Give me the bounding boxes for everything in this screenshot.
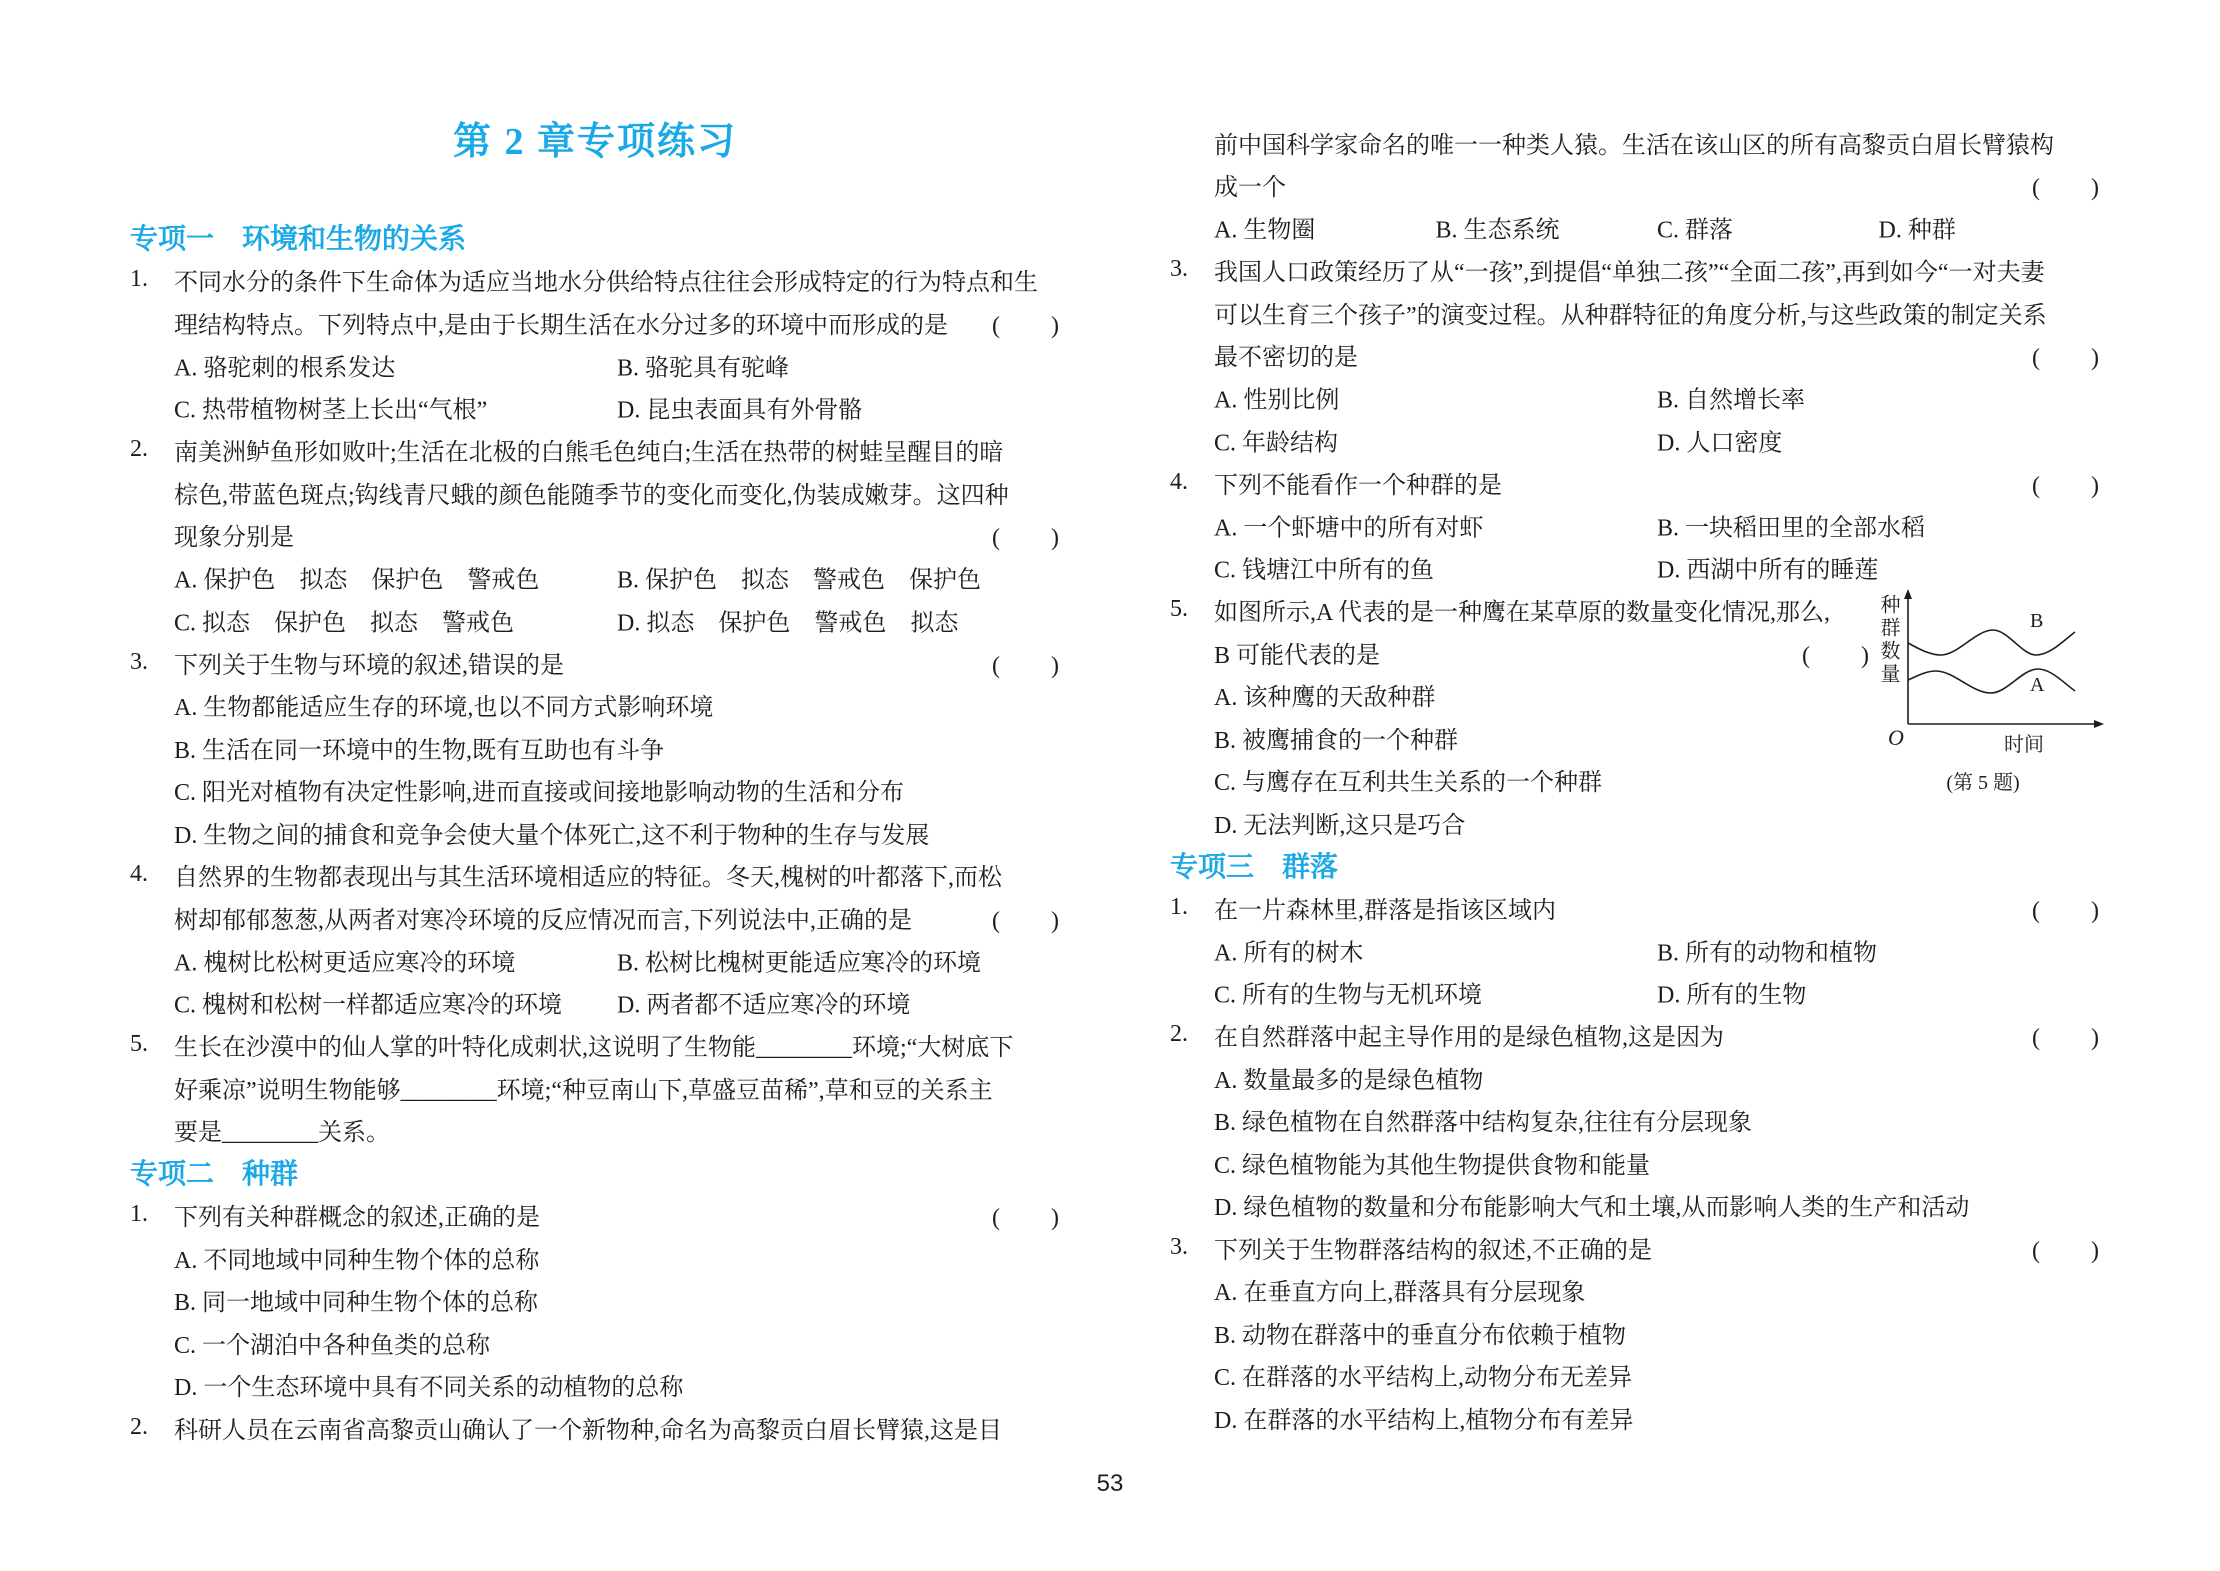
option-item: D. 种群	[1879, 210, 1956, 245]
question-line: 成一个( )	[1170, 164, 2100, 207]
options-row: C. 拟态 保护色 拟态 警戒色D. 拟态 保护色 警戒色 拟态	[174, 599, 1060, 642]
option-line: D. 在群落的水平结构上,植物分布有差异	[1170, 1396, 2100, 1439]
option-line: D. 一个生态环境中具有不同关系的动植物的总称	[130, 1364, 1060, 1407]
option-item: B. 骆驼具有驼峰	[617, 347, 789, 382]
answer-brackets: ( )	[992, 517, 1060, 552]
answer-brackets: ( )	[2032, 1017, 2100, 1052]
option-line: A. 槐树比松树更适应寒冷的环境B. 松树比槐树更能适应寒冷的环境	[130, 939, 1060, 982]
option-line: D. 绿色植物的数量和分布能影响大气和土壤,从而影响人类的生产和活动	[1170, 1184, 2100, 1227]
options-row: A. 保护色 拟态 保护色 警戒色B. 保护色 拟态 警戒色 保护色	[174, 556, 1060, 599]
options-row: A. 生物圈B. 生态系统C. 群落D. 种群	[1214, 206, 2100, 249]
question-number: 5.	[130, 1031, 174, 1058]
question-text: 棕色,带蓝色斑点;钩线青尺蛾的颜色能随季节的变化而变化,伪装成嫩芽。这四种	[174, 475, 1009, 510]
option-item: B. 自然增长率	[1657, 380, 1805, 415]
question-number: 4.	[130, 861, 174, 888]
question-line: 3.下列关于生物与环境的叙述,错误的是( )	[130, 641, 1060, 684]
option-line: D. 无法判断,这只是巧合	[1170, 801, 2100, 844]
option-line: C. 一个湖泊中各种鱼类的总称	[130, 1321, 1060, 1364]
section-heading: 专项三 群落	[1170, 844, 2100, 887]
option-line: B. 生活在同一环境中的生物,既有互助也有斗争	[130, 726, 1060, 769]
chapter-title: 第 2 章专项练习	[130, 110, 1060, 165]
question-number: 2.	[130, 436, 174, 463]
question-line: 1.下列有关种群概念的叙述,正确的是( )	[130, 1194, 1060, 1237]
option-item: C. 在群落的水平结构上,动物分布无差异	[1214, 1357, 1632, 1392]
question-number: 3.	[1170, 256, 1214, 283]
option-item: C. 年龄结构	[1214, 422, 1338, 457]
answer-brackets: ( )	[992, 900, 1060, 935]
option-item: D. 西湖中所有的睡莲	[1657, 550, 1878, 585]
option-line: A. 数量最多的是绿色植物	[1170, 1056, 2100, 1099]
option-item: C. 阳光对植物有决定性影响,进而直接或间接地影响动物的生活和分布	[174, 772, 904, 807]
option-item: A. 该种鹰的天敌种群	[1214, 677, 1435, 712]
question-text: 下列关于生物群落结构的叙述,不正确的是	[1214, 1230, 1652, 1265]
option-line: C. 钱塘江中所有的鱼D. 西湖中所有的睡莲	[1170, 546, 2100, 589]
options-row: A. 所有的树木B. 所有的动物和植物	[1214, 929, 2100, 972]
question-number: 3.	[1170, 1234, 1214, 1261]
options-row: C. 年龄结构D. 人口密度	[1214, 419, 2100, 462]
question-text: 树却郁郁葱葱,从两者对寒冷环境的反应情况而言,下列说法中,正确的是	[174, 900, 912, 935]
option-item: B. 同一地域中同种生物个体的总称	[174, 1282, 538, 1317]
question-line: 最不密切的是( )	[1170, 334, 2100, 377]
option-line: A. 一个虾塘中的所有对虾B. 一块稻田里的全部水稻	[1170, 504, 2100, 547]
question-line: 棕色,带蓝色斑点;钩线青尺蛾的颜色能随季节的变化而变化,伪装成嫩芽。这四种	[130, 471, 1060, 514]
option-item: C. 槐树和松树一样都适应寒冷的环境	[174, 985, 562, 1020]
y-axis-arrow-icon	[1904, 589, 1912, 599]
option-item: B. 一块稻田里的全部水稻	[1657, 507, 1925, 542]
question-text: 最不密切的是	[1214, 337, 1358, 372]
question-text: 如图所示,A 代表的是一种鹰在某草原的数量变化情况,那么,	[1214, 592, 1830, 627]
option-line: B. 被鹰捕食的一个种群	[1170, 716, 2100, 759]
option-line: A. 性别比例B. 自然增长率	[1170, 376, 2100, 419]
answer-brackets: ( )	[2032, 167, 2100, 202]
question-line: 2.南美洲鲈鱼形如败叶;生活在北极的白熊毛色纯白;生活在热带的树蛙呈醒目的暗	[130, 429, 1060, 472]
option-item: B. 动物在群落中的垂直分布依赖于植物	[1214, 1315, 1626, 1350]
question-number: 4.	[1170, 469, 1214, 496]
option-item: D. 无法判断,这只是巧合	[1214, 805, 1465, 840]
question-line: 5.如图所示,A 代表的是一种鹰在某草原的数量变化情况,那么,	[1170, 589, 1870, 632]
option-item: D. 昆虫表面具有外骨骼	[617, 390, 862, 425]
question-text: 理结构特点。下列特点中,是由于长期生活在水分过多的环境中而形成的是	[174, 305, 948, 340]
option-item: D. 两者都不适应寒冷的环境	[617, 985, 910, 1020]
question-line: 3.我国人口政策经历了从“一孩”,到提倡“单独二孩”“全面二孩”,再到如今“一对…	[1170, 249, 2100, 292]
options-row: A. 骆驼刺的根系发达B. 骆驼具有驼峰	[174, 344, 1060, 387]
option-line: C. 在群落的水平结构上,动物分布无差异	[1170, 1354, 2100, 1397]
option-item: A. 所有的树木	[1214, 932, 1363, 967]
question-line: 3.下列关于生物群落结构的叙述,不正确的是( )	[1170, 1226, 2100, 1269]
answer-brackets: ( )	[992, 645, 1060, 680]
options-row: C. 所有的生物与无机环境D. 所有的生物	[1214, 971, 2100, 1014]
option-line: A. 生物圈B. 生态系统C. 群落D. 种群	[1170, 206, 2100, 249]
figure-y-axis-label: 种群数量	[1874, 594, 1903, 686]
question-text: 科研人员在云南省高黎贡山确认了一个新物种,命名为高黎贡白眉长臂猿,这是目	[174, 1410, 1002, 1445]
question-text: 现象分别是	[174, 517, 294, 552]
question-text: 自然界的生物都表现出与其生活环境相适应的特征。冬天,槐树的叶都落下,而松	[174, 857, 1002, 892]
question-line: 好乘凉”说明生物能够________环境;“种豆南山下,草盛豆苗稀”,草和豆的关…	[130, 1066, 1060, 1109]
answer-brackets: ( )	[2032, 337, 2100, 372]
question-number: 2.	[1170, 1021, 1214, 1048]
option-line: A. 骆驼刺的根系发达B. 骆驼具有驼峰	[130, 344, 1060, 387]
page-number: 53	[0, 1470, 2220, 1498]
figure-curve-b-label: B	[2030, 610, 2043, 633]
option-item: D. 在群落的水平结构上,植物分布有差异	[1214, 1400, 1633, 1435]
option-line: C. 绿色植物能为其他生物提供食物和能量	[1170, 1141, 2100, 1184]
question-number: 5.	[1170, 596, 1214, 623]
question-text: B 可能代表的是	[1214, 635, 1380, 670]
question-text: 下列有关种群概念的叙述,正确的是	[174, 1197, 540, 1232]
option-line: C. 拟态 保护色 拟态 警戒色D. 拟态 保护色 警戒色 拟态	[130, 599, 1060, 642]
answer-brackets: ( )	[1802, 635, 1870, 670]
option-item: C. 一个湖泊中各种鱼类的总称	[174, 1325, 490, 1360]
option-item: B. 松树比槐树更能适应寒冷的环境	[617, 942, 981, 977]
question-number: 2.	[130, 1414, 174, 1441]
option-line: C. 年龄结构D. 人口密度	[1170, 419, 2100, 462]
options-row: A. 一个虾塘中的所有对虾B. 一块稻田里的全部水稻	[1214, 504, 2100, 547]
option-line: A. 该种鹰的天敌种群	[1170, 674, 2100, 717]
question-line: 1.在一片森林里,群落是指该区域内( )	[1170, 886, 2100, 929]
question-number: 1.	[1170, 894, 1214, 921]
option-item: A. 数量最多的是绿色植物	[1214, 1060, 1483, 1095]
option-line: B. 动物在群落中的垂直分布依赖于植物	[1170, 1311, 2100, 1354]
question-text: 生长在沙漠中的仙人掌的叶特化成刺状,这说明了生物能________环境;“大树底…	[174, 1027, 1013, 1062]
option-item: C. 所有的生物与无机环境	[1214, 975, 1482, 1010]
option-item: B. 生态系统	[1436, 210, 1560, 245]
option-item: D. 绿色植物的数量和分布能影响大气和土壤,从而影响人类的生产和活动	[1214, 1187, 1969, 1222]
option-line: A. 在垂直方向上,群落具有分层现象	[1170, 1269, 2100, 1312]
option-item: B. 绿色植物在自然群落中结构复杂,往往有分层现象	[1214, 1102, 1752, 1137]
question-number: 1.	[130, 1201, 174, 1228]
option-item: B. 生活在同一环境中的生物,既有互助也有斗争	[174, 730, 664, 765]
section-heading-text: 专项二 种群	[130, 1152, 298, 1192]
option-item: D. 生物之间的捕食和竞争会使大量个体死亡,这不利于物种的生存与发展	[174, 815, 929, 850]
question-line: 4.下列不能看作一个种群的是( )	[1170, 461, 2100, 504]
question-text: 南美洲鲈鱼形如败叶;生活在北极的白熊毛色纯白;生活在热带的树蛙呈醒目的暗	[174, 432, 1003, 467]
question-line: 2.科研人员在云南省高黎贡山确认了一个新物种,命名为高黎贡白眉长臂猿,这是目	[130, 1406, 1060, 1449]
question-number: 1.	[130, 266, 174, 293]
question-text: 下列关于生物与环境的叙述,错误的是	[174, 645, 564, 680]
option-line: C. 槐树和松树一样都适应寒冷的环境D. 两者都不适应寒冷的环境	[130, 981, 1060, 1024]
option-item: A. 保护色 拟态 保护色 警戒色	[174, 560, 539, 595]
curve-b	[1908, 630, 2075, 655]
option-line: C. 与鹰存在互利共生关系的一个种群	[1170, 759, 2100, 802]
options-row: C. 钱塘江中所有的鱼D. 西湖中所有的睡莲	[1214, 546, 2100, 589]
option-item: D. 所有的生物	[1657, 975, 1806, 1010]
question-line: 前中国科学家命名的唯一一种类人猿。生活在该山区的所有高黎贡白眉长臂猿构	[1170, 121, 2100, 164]
option-line: A. 所有的树木B. 所有的动物和植物	[1170, 929, 2100, 972]
section-heading-text: 专项一 环境和生物的关系	[130, 217, 466, 257]
question-line: 可以生育三个孩子”的演变过程。从种群特征的角度分析,与这些政策的制定关系	[1170, 291, 2100, 334]
question-line: 理结构特点。下列特点中,是由于长期生活在水分过多的环境中而形成的是( )	[130, 301, 1060, 344]
question-line: 现象分别是( )	[130, 514, 1060, 557]
option-item: B. 保护色 拟态 警戒色 保护色	[617, 560, 981, 595]
question-text: 在一片森林里,群落是指该区域内	[1214, 890, 1556, 925]
question-line: 1.不同水分的条件下生命体为适应当地水分供给特点往往会形成特定的行为特点和生	[130, 259, 1060, 302]
option-item: A. 在垂直方向上,群落具有分层现象	[1214, 1272, 1585, 1307]
question-text: 可以生育三个孩子”的演变过程。从种群特征的角度分析,与这些政策的制定关系	[1214, 295, 2047, 330]
question-text: 成一个	[1214, 167, 1286, 202]
section-heading-text: 专项三 群落	[1170, 845, 1338, 885]
option-item: D. 一个生态环境中具有不同关系的动植物的总称	[174, 1367, 683, 1402]
answer-brackets: ( )	[2032, 890, 2100, 925]
option-line: D. 生物之间的捕食和竞争会使大量个体死亡,这不利于物种的生存与发展	[130, 811, 1060, 854]
option-line: B. 绿色植物在自然群落中结构复杂,往往有分层现象	[1170, 1099, 2100, 1142]
option-item: A. 不同地域中同种生物个体的总称	[174, 1240, 539, 1275]
question-text: 不同水分的条件下生命体为适应当地水分供给特点往往会形成特定的行为特点和生	[174, 262, 1038, 297]
question-text: 下列不能看作一个种群的是	[1214, 465, 1502, 500]
option-line: A. 不同地域中同种生物个体的总称	[130, 1236, 1060, 1279]
options-row: A. 性别比例B. 自然增长率	[1214, 376, 2100, 419]
question-line: 树却郁郁葱葱,从两者对寒冷环境的反应情况而言,下列说法中,正确的是( )	[130, 896, 1060, 939]
workbook-page: { "title": "第 2 章专项练习", "page": { "numbe…	[0, 0, 2220, 1571]
answer-brackets: ( )	[992, 305, 1060, 340]
option-item: A. 生物都能适应生存的环境,也以不同方式影响环境	[174, 687, 713, 722]
option-item: B. 所有的动物和植物	[1657, 932, 1877, 967]
answer-brackets: ( )	[992, 1197, 1060, 1232]
question-text: 前中国科学家命名的唯一一种类人猿。生活在该山区的所有高黎贡白眉长臂猿构	[1214, 125, 2054, 160]
option-item: B. 被鹰捕食的一个种群	[1214, 720, 1458, 755]
left-column: 专项一 环境和生物的关系1.不同水分的条件下生命体为适应当地水分供给特点往往会形…	[130, 216, 1060, 1449]
option-item: D. 拟态 保护色 警戒色 拟态	[617, 602, 958, 637]
option-item: D. 人口密度	[1657, 422, 1782, 457]
option-line: A. 保护色 拟态 保护色 警戒色B. 保护色 拟态 警戒色 保护色	[130, 556, 1060, 599]
option-item: C. 绿色植物能为其他生物提供食物和能量	[1214, 1145, 1650, 1180]
option-line: C. 阳光对植物有决定性影响,进而直接或间接地影响动物的生活和分布	[130, 769, 1060, 812]
question-text: 要是________关系。	[174, 1112, 390, 1147]
question-line: 5.生长在沙漠中的仙人掌的叶特化成刺状,这说明了生物能________环境;“大…	[130, 1024, 1060, 1067]
option-item: C. 拟态 保护色 拟态 警戒色	[174, 602, 514, 637]
question-line: 2.在自然群落中起主导作用的是绿色植物,这是因为( )	[1170, 1014, 2100, 1057]
answer-brackets: ( )	[2032, 1230, 2100, 1265]
question-line: 4.自然界的生物都表现出与其生活环境相适应的特征。冬天,槐树的叶都落下,而松	[130, 854, 1060, 897]
question-line: B 可能代表的是( )	[1170, 631, 1870, 674]
option-item: C. 热带植物树茎上长出“气根”	[174, 390, 487, 425]
question-number: 3.	[130, 649, 174, 676]
option-item: A. 性别比例	[1214, 380, 1339, 415]
question-line: 要是________关系。	[130, 1109, 1060, 1152]
answer-brackets: ( )	[2032, 465, 2100, 500]
options-row: C. 热带植物树茎上长出“气根”D. 昆虫表面具有外骨骼	[174, 386, 1060, 429]
question-text: 在自然群落中起主导作用的是绿色植物,这是因为	[1214, 1017, 1724, 1052]
section-heading: 专项二 种群	[130, 1151, 1060, 1194]
options-row: C. 槐树和松树一样都适应寒冷的环境D. 两者都不适应寒冷的环境	[174, 981, 1060, 1024]
option-line: A. 生物都能适应生存的环境,也以不同方式影响环境	[130, 684, 1060, 727]
options-row: A. 槐树比松树更适应寒冷的环境B. 松树比槐树更能适应寒冷的环境	[174, 939, 1060, 982]
question-text: 我国人口政策经历了从“一孩”,到提倡“单独二孩”“全面二孩”,再到如今“一对夫妻	[1214, 252, 2045, 287]
option-item: A. 骆驼刺的根系发达	[174, 347, 395, 382]
option-item: C. 与鹰存在互利共生关系的一个种群	[1214, 762, 1602, 797]
option-item: C. 钱塘江中所有的鱼	[1214, 550, 1434, 585]
option-line: B. 同一地域中同种生物个体的总称	[130, 1279, 1060, 1322]
option-item: A. 槐树比松树更适应寒冷的环境	[174, 942, 515, 977]
right-column: 种群数量 O 时间 B A (第 5 题) 前中国科学家命名的唯一一种类人猿。生…	[1170, 121, 2100, 1439]
option-line: C. 所有的生物与无机环境D. 所有的生物	[1170, 971, 2100, 1014]
option-item: A. 生物圈	[1214, 210, 1315, 245]
section-heading: 专项一 环境和生物的关系	[130, 216, 1060, 259]
option-line: C. 热带植物树茎上长出“气根”D. 昆虫表面具有外骨骼	[130, 386, 1060, 429]
question-text: 好乘凉”说明生物能够________环境;“种豆南山下,草盛豆苗稀”,草和豆的关…	[174, 1070, 993, 1105]
option-item: A. 一个虾塘中的所有对虾	[1214, 507, 1483, 542]
option-item: C. 群落	[1657, 210, 1733, 245]
